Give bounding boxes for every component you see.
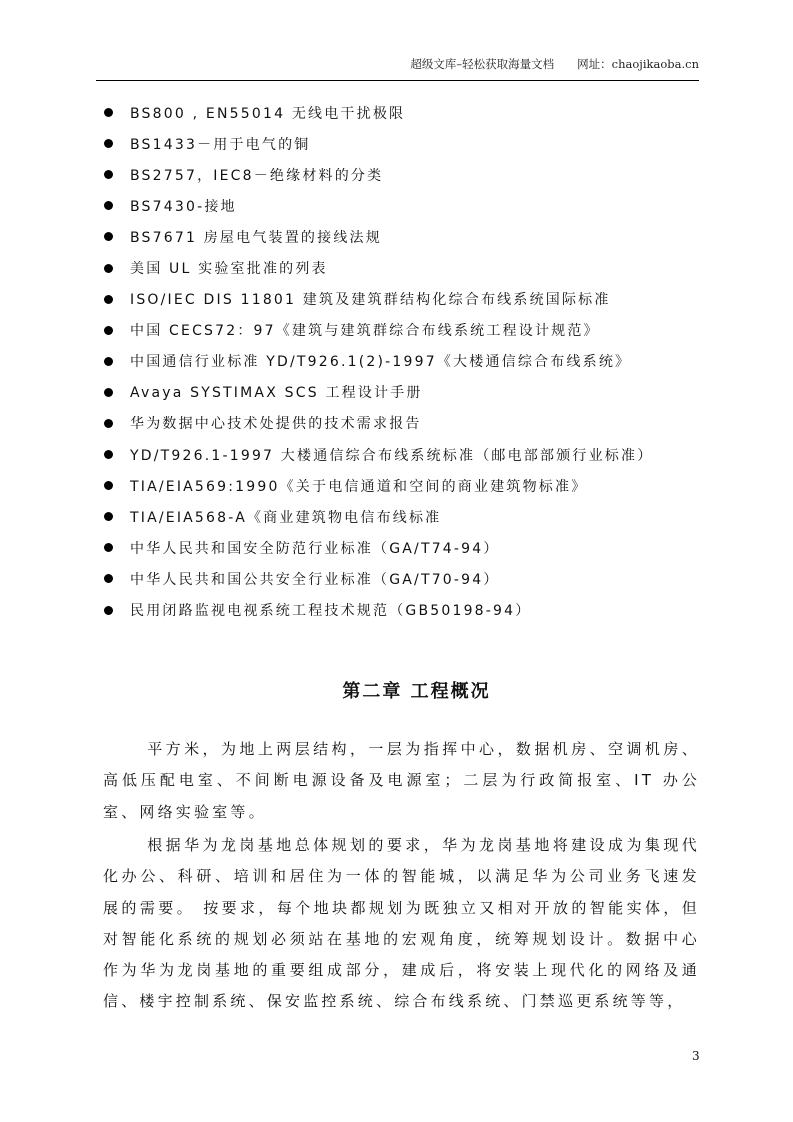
list-item: BS1433－用于电气的铜 — [104, 128, 704, 159]
list-item: 美国 UL 实验室批准的列表 — [104, 252, 704, 283]
list-item-label: YD/T926.1-1997 大楼通信综合布线系统标准（邮电部部颁行业标准） — [130, 445, 653, 465]
bullet-icon — [104, 295, 113, 304]
bullet-icon — [104, 388, 113, 397]
list-item: BS7430-接地 — [104, 190, 704, 221]
list-item-label: BS7671 房屋电气装置的接线法规 — [130, 227, 382, 247]
list-item-label: TIA/EIA569:1990《关于电信通道和空间的商业建筑物标准》 — [130, 476, 587, 496]
list-item: 中华人民共和国公共安全行业标准（GA/T70-94） — [104, 563, 704, 594]
bullet-icon — [104, 108, 113, 117]
bullet-icon — [104, 543, 113, 552]
bullet-icon — [104, 481, 113, 490]
page-number: 3 — [692, 1049, 700, 1063]
list-item: 中国通信行业标准 YD/T926.1(2)-1997《大楼通信综合布线系统》 — [104, 346, 704, 377]
bullet-icon — [104, 201, 113, 210]
bullet-icon — [104, 450, 113, 459]
list-item: BS2757，IEC8－绝缘材料的分类 — [104, 159, 704, 190]
list-item: Avaya SYSTIMAX SCS 工程设计手册 — [104, 377, 704, 408]
bullet-icon — [104, 357, 113, 366]
list-item-label: ISO/IEC DIS 11801 建筑及建筑群结构化综合布线系统国际标准 — [130, 289, 611, 309]
list-item: BS800 , EN55014 无线电干扰极限 — [104, 97, 704, 128]
bullet-icon — [104, 170, 113, 179]
page-header: 超级文库–轻松获取海量文档 网址：chaojikaoba.cn — [410, 56, 699, 72]
bullet-icon — [104, 606, 113, 615]
list-item: 中华人民共和国安全防范行业标准（GA/T74-94） — [104, 532, 704, 563]
paragraph-text: 平方米，为地上两层结构，一层为指挥中心，数据机房、空调机房、高低压配电室、不间断… — [103, 740, 700, 821]
list-item: BS7671 房屋电气装置的接线法规 — [104, 221, 704, 252]
bullet-icon — [104, 264, 113, 273]
list-item-label: 中华人民共和国公共安全行业标准（GA/T70-94） — [130, 569, 500, 589]
list-item-label: 美国 UL 实验室批准的列表 — [130, 258, 328, 278]
list-item: TIA/EIA569:1990《关于电信通道和空间的商业建筑物标准》 — [104, 470, 704, 501]
list-item-label: 中国 CECS72：97《建筑与建筑群综合布线系统工程设计规范》 — [130, 320, 600, 340]
list-item-label: BS800 , EN55014 无线电干扰极限 — [130, 103, 405, 123]
list-item: YD/T926.1-1997 大楼通信综合布线系统标准（邮电部部颁行业标准） — [104, 439, 704, 470]
bullet-icon — [104, 326, 113, 335]
list-item: ISO/IEC DIS 11801 建筑及建筑群结构化综合布线系统国际标准 — [104, 284, 704, 315]
list-item: 民用闭路监视电视系统工程技术规范（GB50198-94） — [104, 595, 704, 626]
body-paragraph: 平方米，为地上两层结构，一层为指挥中心，数据机房、空调机房、高低压配电室、不间断… — [103, 734, 700, 828]
list-item: 华为数据中心技术处提供的技术需求报告 — [104, 408, 704, 439]
bullet-icon — [104, 419, 113, 428]
paragraph-text: 根据华为龙岗基地总体规划的要求，华为龙岗基地将建设成为集现代化办公、科研、培训和… — [103, 836, 700, 1010]
list-item-label: Avaya SYSTIMAX SCS 工程设计手册 — [130, 382, 423, 402]
list-item-label: TIA/EIA568-A《商业建筑物电信布线标准 — [130, 507, 441, 527]
list-item-label: BS7430-接地 — [130, 196, 237, 216]
header-divider — [96, 80, 699, 81]
list-item-label: 华为数据中心技术处提供的技术需求报告 — [130, 413, 422, 433]
bullet-icon — [104, 139, 113, 148]
bullet-icon — [104, 232, 113, 241]
list-item: 中国 CECS72：97《建筑与建筑群综合布线系统工程设计规范》 — [104, 315, 704, 346]
list-item-label: BS1433－用于电气的铜 — [130, 134, 310, 154]
list-item: TIA/EIA568-A《商业建筑物电信布线标准 — [104, 501, 704, 532]
bullet-icon — [104, 512, 113, 521]
reference-standards-list: BS800 , EN55014 无线电干扰极限 BS1433－用于电气的铜 BS… — [104, 97, 704, 626]
body-paragraph: 根据华为龙岗基地总体规划的要求，华为龙岗基地将建设成为集现代化办公、科研、培训和… — [103, 830, 700, 1018]
list-item-label: BS2757，IEC8－绝缘材料的分类 — [130, 165, 383, 185]
list-item-label: 中华人民共和国安全防范行业标准（GA/T74-94） — [130, 538, 500, 558]
list-item-label: 中国通信行业标准 YD/T926.1(2)-1997《大楼通信综合布线系统》 — [130, 351, 631, 371]
bullet-icon — [104, 574, 113, 583]
list-item-label: 民用闭路监视电视系统工程技术规范（GB50198-94） — [130, 600, 531, 620]
chapter-title: 第二章 工程概况 — [0, 677, 793, 703]
